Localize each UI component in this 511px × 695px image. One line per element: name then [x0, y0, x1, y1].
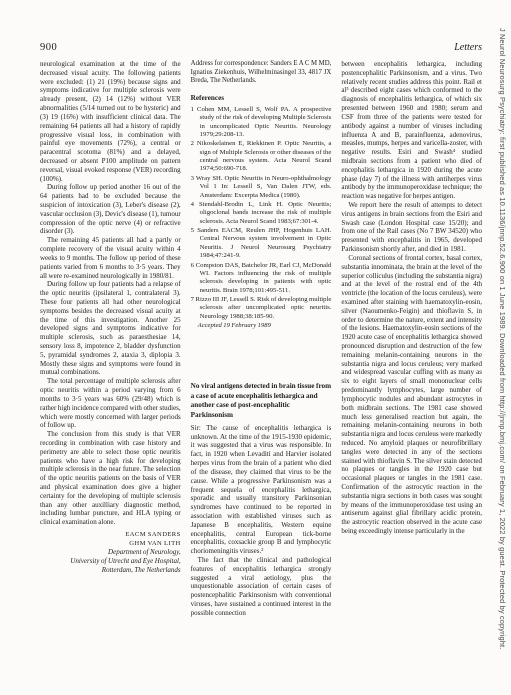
affiliation-line: Rotterdam, The Netherlands [40, 566, 181, 575]
paragraph: The conclusion from this study is that V… [40, 430, 181, 527]
paragraph: neurological examination at the time of … [40, 60, 181, 183]
paragraph: Coronal sections of frontal cortex, basa… [341, 254, 482, 536]
reference-item: 6 Compston DAS, Batchelor JR, Earl CJ, M… [191, 262, 332, 296]
paragraph: The remaining 45 patients all had a part… [40, 236, 181, 280]
paragraph: During follow up period another 16 out o… [40, 183, 181, 236]
affiliation-line: Department of Neurology, [40, 548, 181, 557]
journal-page: 900 Letters neurological examination at … [0, 0, 511, 695]
correspondence-address: Address for correspondence: Sanders E A … [191, 60, 332, 86]
paragraph: The fact that the clinical and pathologi… [191, 556, 332, 618]
reference-item: 1 Cohen MM, Lessell S, Wolf PA. A prospe… [191, 106, 332, 140]
running-head: Letters [454, 42, 482, 53]
paragraph: between encephalitis lethargica, includi… [341, 60, 482, 201]
signatory-name: GHM VAN LITH [40, 540, 181, 549]
paragraph: During follow up four patients had a rel… [40, 280, 181, 377]
reference-item: 4 Stendahl-Brodin L, Link H. Optic Neuri… [191, 201, 332, 226]
signatory-name: EACM SANDERS [40, 531, 181, 540]
affiliation-line: University of Utrecht and Eye Hospital, [40, 557, 181, 566]
column-right: between encephalitis lethargica, includi… [341, 60, 482, 618]
paragraph: We report here the result of attempts to… [341, 201, 482, 254]
citation-sidebar: J Neurol Neurosurg Psychiatry: first pub… [498, 28, 507, 695]
paragraph: Sir: The cause of encephalitis lethargic… [191, 424, 332, 556]
letter-title: No viral antigens detected in brain tiss… [191, 382, 332, 419]
accepted-date: Accepted 19 February 1989 [191, 322, 332, 330]
paragraph: The total percentage of multiple scleros… [40, 377, 181, 430]
reference-item: 3 Wray SH. Optic Neuritis in Neuro-ophth… [191, 175, 332, 200]
column-middle: Address for correspondence: Sanders E A … [191, 60, 332, 618]
page-number: 900 [40, 42, 57, 53]
page-header: 900 Letters [40, 42, 482, 53]
reference-item: 2 Nikoskelainen E, Riekkinen P. Optic Ne… [191, 140, 332, 174]
reference-item: 5 Sanders EACM, Reulen JHP, Hogenhuis LA… [191, 227, 332, 261]
reference-item: 7 Rizzo III JF, Lessell S. Risk of devel… [191, 296, 332, 321]
column-left: neurological examination at the time of … [40, 60, 181, 618]
text-columns: neurological examination at the time of … [40, 60, 482, 618]
references-heading: References [191, 94, 332, 103]
signature-block: EACM SANDERS GHM VAN LITH Department of … [40, 531, 181, 575]
